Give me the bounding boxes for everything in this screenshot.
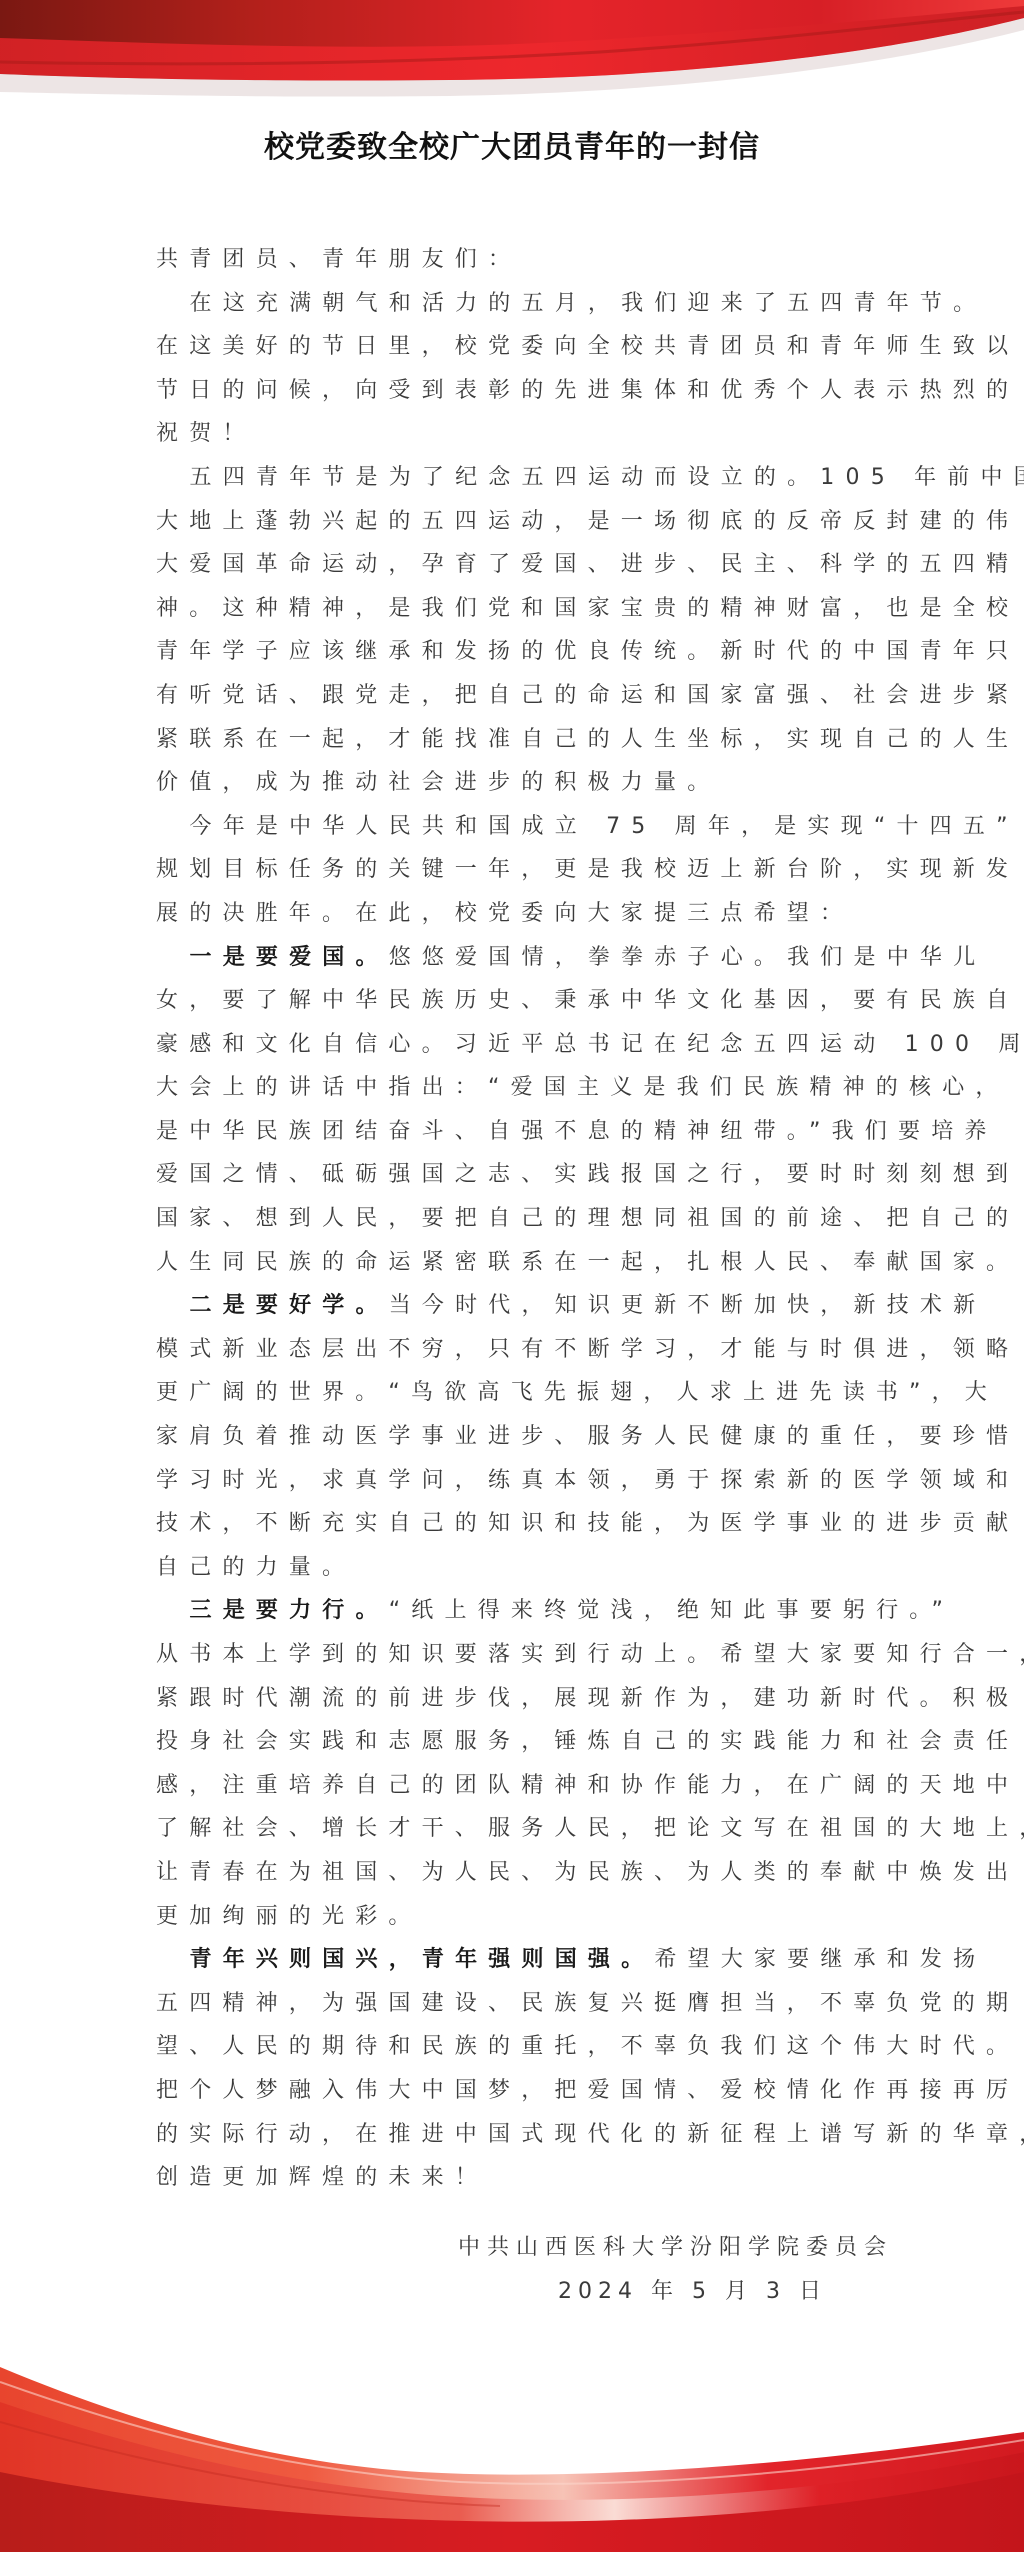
letter-line-text: 青年学子应该继承和发扬的优良传统。新时代的中国青年只 bbox=[156, 639, 1019, 664]
letter-line-text: 当今时代，知识更新不断加快，新技术新 bbox=[389, 1293, 987, 1318]
letter-line-text: 在这充满朝气和活力的五月，我们迎来了五四青年节。 bbox=[190, 291, 987, 316]
letter-line-text: 从书本上学到的知识要落实到行动上。希望大家要知行合一， bbox=[156, 1642, 1024, 1667]
letter-line: 人生同民族的命运紧密联系在一起，扎根人民、奉献国家。 bbox=[156, 1241, 876, 1285]
letter-line-text: 创造更加辉煌的未来！ bbox=[156, 2165, 488, 2190]
salutation: 共青团员、青年朋友们： bbox=[156, 238, 876, 282]
letter-line-text: 投身社会实践和志愿服务，锤炼自己的实践能力和社会责任 bbox=[156, 1729, 1019, 1754]
letter-line: 更加绚丽的光彩。 bbox=[156, 1895, 876, 1939]
letter-line: 更广阔的世界。“鸟欲高飞先振翅，人求上进先读书”，大 bbox=[156, 1371, 876, 1415]
page-title: 校党委致全校广大团员青年的一封信 bbox=[0, 128, 1024, 168]
letter-line: 模式新业态层出不穷，只有不断学习，才能与时俱进，领略 bbox=[156, 1328, 876, 1372]
letter-line-text: 五四青年节是为了纪念五四运动而设立的。105 年前中国 bbox=[190, 465, 1024, 490]
letter-line: 在这美好的节日里，校党委向全校共青团员和青年师生致以 bbox=[156, 325, 876, 369]
letter-line: 有听党话、跟党走，把自己的命运和国家富强、社会进步紧 bbox=[156, 674, 876, 718]
letter-line-emphasis: 青年兴则国兴，青年强则国强。 bbox=[190, 1947, 655, 1972]
letter-line-emphasis: 三是要力行。 bbox=[190, 1598, 389, 1623]
letter-line-text: 紧联系在一起，才能找准自己的人生坐标，实现自己的人生 bbox=[156, 727, 1019, 752]
letter-line: 三是要力行。“纸上得来终觉浅，绝知此事要躬行。” bbox=[156, 1589, 876, 1633]
letter-line: 从书本上学到的知识要落实到行动上。希望大家要知行合一， bbox=[156, 1633, 876, 1677]
letter-line-text: 望、人民的期待和民族的重托，不辜负我们这个伟大时代。 bbox=[156, 2034, 1019, 2059]
letter-line-emphasis: 一是要爱国。 bbox=[190, 945, 389, 970]
letter-line-text: 是中华民族团结奋斗、自强不息的精神纽带。”我们要培养 bbox=[156, 1119, 998, 1144]
letter-line: 国家、想到人民，要把自己的理想同祖国的前途、把自己的 bbox=[156, 1197, 876, 1241]
letter-line-text: 让青春在为祖国、为人民、为民族、为人类的奉献中焕发出 bbox=[156, 1860, 1019, 1885]
letter-line-text: 今年是中华人民共和国成立 75 周年，是实现“十四五” bbox=[190, 814, 1019, 839]
letter-line: 五四青年节是为了纪念五四运动而设立的。105 年前中国 bbox=[156, 456, 876, 500]
letter-line-text: 神。这种精神，是我们党和国家宝贵的精神财富，也是全校 bbox=[156, 596, 1019, 621]
signature-block: 中共山西医科大学汾阳学院委员会 2024 年 5 月 3 日 bbox=[458, 2226, 878, 2314]
letter-line: 在这充满朝气和活力的五月，我们迎来了五四青年节。 bbox=[156, 282, 876, 326]
letter-line: 祝贺！ bbox=[156, 412, 876, 456]
letter-line: 望、人民的期待和民族的重托，不辜负我们这个伟大时代。 bbox=[156, 2025, 876, 2069]
letter-line: 节日的问候，向受到表彰的先进集体和优秀个人表示热烈的 bbox=[156, 369, 876, 413]
letter-line-emphasis: 二是要好学。 bbox=[190, 1293, 389, 1318]
letter-line: 紧联系在一起，才能找准自己的人生坐标，实现自己的人生 bbox=[156, 718, 876, 762]
letter-line: 创造更加辉煌的未来！ bbox=[156, 2156, 876, 2200]
letter-line: 神。这种精神，是我们党和国家宝贵的精神财富，也是全校 bbox=[156, 587, 876, 631]
letter-line: 规划目标任务的关键一年，更是我校迈上新台阶，实现新发 bbox=[156, 848, 876, 892]
letter-line-text: 技术，不断充实自己的知识和技能，为医学事业的进步贡献 bbox=[156, 1511, 1019, 1536]
red-silk-wave-bottom-decoration bbox=[0, 2322, 1024, 2552]
letter-line: 女，要了解中华民族历史、秉承中华文化基因，要有民族自 bbox=[156, 979, 876, 1023]
letter-line: 豪感和文化自信心。习近平总书记在纪念五四运动 100 周年 bbox=[156, 1023, 876, 1067]
letter-line-text: 紧跟时代潮流的前进步伐，展现新作为，建功新时代。积极 bbox=[156, 1686, 1019, 1711]
letter-line-text: 节日的问候，向受到表彰的先进集体和优秀个人表示热烈的 bbox=[156, 378, 1019, 403]
letter-line: 投身社会实践和志愿服务，锤炼自己的实践能力和社会责任 bbox=[156, 1720, 876, 1764]
letter-line-text: 爱国之情、砥砺强国之志、实践报国之行，要时时刻刻想到 bbox=[156, 1162, 1019, 1187]
letter-line-text: 学习时光，求真学问，练真本领，勇于探索新的医学领域和 bbox=[156, 1468, 1019, 1493]
letter-line-text: 更加绚丽的光彩。 bbox=[156, 1904, 422, 1929]
letter-line-text: 的实际行动，在推进中国式现代化的新征程上谱写新的华章， bbox=[156, 2122, 1024, 2147]
letter-line: 一是要爱国。悠悠爱国情，拳拳赤子心。我们是中华儿 bbox=[156, 936, 876, 980]
signature-organization: 中共山西医科大学汾阳学院委员会 bbox=[458, 2226, 878, 2270]
letter-line-text: 家肩负着推动医学事业进步、服务人民健康的重任，要珍惜 bbox=[156, 1424, 1019, 1449]
letter-line-text: 大地上蓬勃兴起的五四运动，是一场彻底的反帝反封建的伟 bbox=[156, 509, 1019, 534]
letter-line: 学习时光，求真学问，练真本领，勇于探索新的医学领域和 bbox=[156, 1459, 876, 1503]
letter-line-text: 规划目标任务的关键一年，更是我校迈上新台阶，实现新发 bbox=[156, 857, 1019, 882]
letter-line-text: 把个人梦融入伟大中国梦，把爱国情、爱校情化作再接再厉 bbox=[156, 2078, 1019, 2103]
letter-line: 二是要好学。当今时代，知识更新不断加快，新技术新 bbox=[156, 1284, 876, 1328]
letter-line: 了解社会、增长才干、服务人民，把论文写在祖国的大地上， bbox=[156, 1807, 876, 1851]
bottom-red-banner bbox=[0, 2322, 1024, 2552]
letter-line-text: 感，注重培养自己的团队精神和协作能力，在广阔的天地中 bbox=[156, 1773, 1019, 1798]
letter-line: 大爱国革命运动，孕育了爱国、进步、民主、科学的五四精 bbox=[156, 543, 876, 587]
letter-line: 的实际行动，在推进中国式现代化的新征程上谱写新的华章， bbox=[156, 2113, 876, 2157]
red-silk-wave-top-decoration bbox=[0, 0, 1024, 130]
letter-line-text: 大会上的讲话中指出：“爱国主义是我们民族精神的核心， bbox=[156, 1075, 1009, 1100]
letter-line-text: 模式新业态层出不穷，只有不断学习，才能与时俱进，领略 bbox=[156, 1337, 1019, 1362]
letter-line-text: 在这美好的节日里，校党委向全校共青团员和青年师生致以 bbox=[156, 334, 1019, 359]
letter-line: 自己的力量。 bbox=[156, 1546, 876, 1590]
letter-line: 是中华民族团结奋斗、自强不息的精神纽带。”我们要培养 bbox=[156, 1110, 876, 1154]
letter-body: 共青团员、青年朋友们： 在这充满朝气和活力的五月，我们迎来了五四青年节。在这美好… bbox=[156, 238, 876, 2200]
letter-line-text: 豪感和文化自信心。习近平总书记在纪念五四运动 100 周年 bbox=[156, 1032, 1024, 1057]
letter-line-text: “纸上得来终觉浅，绝知此事要躬行。” bbox=[389, 1598, 954, 1623]
letter-line-text: 祝贺！ bbox=[156, 421, 256, 446]
letter-line: 青年学子应该继承和发扬的优良传统。新时代的中国青年只 bbox=[156, 630, 876, 674]
letter-line: 技术，不断充实自己的知识和技能，为医学事业的进步贡献 bbox=[156, 1502, 876, 1546]
letter-line: 把个人梦融入伟大中国梦，把爱国情、爱校情化作再接再厉 bbox=[156, 2069, 876, 2113]
letter-line-text: 悠悠爱国情，拳拳赤子心。我们是中华儿 bbox=[389, 945, 987, 970]
letter-line-text: 国家、想到人民，要把自己的理想同祖国的前途、把自己的 bbox=[156, 1206, 1019, 1231]
letter-paragraph-lines: 在这充满朝气和活力的五月，我们迎来了五四青年节。在这美好的节日里，校党委向全校共… bbox=[156, 282, 876, 2200]
letter-line-text: 希望大家要继承和发扬 bbox=[654, 1947, 986, 1972]
letter-line-text: 有听党话、跟党走，把自己的命运和国家富强、社会进步紧 bbox=[156, 683, 1019, 708]
letter-line-text: 大爱国革命运动，孕育了爱国、进步、民主、科学的五四精 bbox=[156, 552, 1019, 577]
letter-line: 今年是中华人民共和国成立 75 周年，是实现“十四五” bbox=[156, 805, 876, 849]
letter-line: 展的决胜年。在此，校党委向大家提三点希望： bbox=[156, 892, 876, 936]
signature-date: 2024 年 5 月 3 日 bbox=[458, 2270, 878, 2314]
letter-line-text: 人生同民族的命运紧密联系在一起，扎根人民、奉献国家。 bbox=[156, 1250, 1019, 1275]
letter-line: 爱国之情、砥砺强国之志、实践报国之行，要时时刻刻想到 bbox=[156, 1153, 876, 1197]
letter-line: 大地上蓬勃兴起的五四运动，是一场彻底的反帝反封建的伟 bbox=[156, 500, 876, 544]
letter-line: 感，注重培养自己的团队精神和协作能力，在广阔的天地中 bbox=[156, 1764, 876, 1808]
letter-line-text: 了解社会、增长才干、服务人民，把论文写在祖国的大地上， bbox=[156, 1816, 1024, 1841]
letter-line: 家肩负着推动医学事业进步、服务人民健康的重任，要珍惜 bbox=[156, 1415, 876, 1459]
top-red-banner bbox=[0, 0, 1024, 130]
letter-line-text: 展的决胜年。在此，校党委向大家提三点希望： bbox=[156, 901, 853, 926]
letter-line-text: 自己的力量。 bbox=[156, 1555, 355, 1580]
letter-line-text: 更广阔的世界。“鸟欲高飞先振翅，人求上进先读书”，大 bbox=[156, 1380, 998, 1405]
letter-line: 青年兴则国兴，青年强则国强。希望大家要继承和发扬 bbox=[156, 1938, 876, 1982]
letter-line: 大会上的讲话中指出：“爱国主义是我们民族精神的核心， bbox=[156, 1066, 876, 1110]
letter-line-text: 女，要了解中华民族历史、秉承中华文化基因，要有民族自 bbox=[156, 988, 1019, 1013]
letter-line: 价值，成为推动社会进步的积极力量。 bbox=[156, 761, 876, 805]
letter-line: 五四精神，为强国建设、民族复兴挺膺担当，不辜负党的期 bbox=[156, 1982, 876, 2026]
letter-line: 让青春在为祖国、为人民、为民族、为人类的奉献中焕发出 bbox=[156, 1851, 876, 1895]
letter-line-text: 五四精神，为强国建设、民族复兴挺膺担当，不辜负党的期 bbox=[156, 1991, 1019, 2016]
letter-line-text: 价值，成为推动社会进步的积极力量。 bbox=[156, 770, 720, 795]
letter-line: 紧跟时代潮流的前进步伐，展现新作为，建功新时代。积极 bbox=[156, 1677, 876, 1721]
